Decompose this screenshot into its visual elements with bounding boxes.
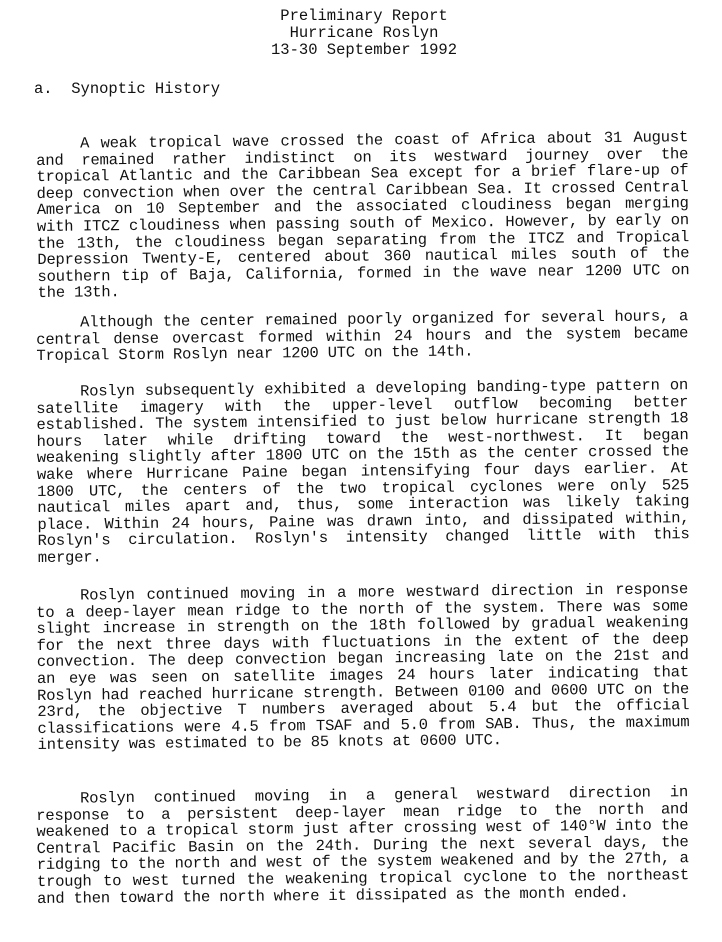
paragraph-paine-interaction: Roslyn subsequently exhibited a developi… [36, 377, 690, 566]
document-page: Preliminary Report Hurricane Roslyn 13-3… [0, 0, 722, 942]
paragraph-tropical-storm: Although the center remained poorly orga… [36, 308, 688, 365]
storm-name: Hurricane Roslyn [6, 25, 722, 42]
section-heading: a. Synoptic History [34, 81, 220, 98]
section-label: a. [34, 80, 53, 98]
paragraph-formation: A weak tropical wave crossed the coast o… [36, 129, 690, 302]
date-range: 13-30 September 1992 [6, 42, 722, 59]
paragraph-dissipation: Roslyn continued moving in a general wes… [36, 784, 689, 907]
section-title: Synoptic History [71, 80, 220, 98]
report-title: Preliminary Report [6, 8, 722, 25]
paragraph-hurricane-strength: Roslyn continued moving in a more westwa… [36, 581, 690, 754]
report-header: Preliminary Report Hurricane Roslyn 13-3… [0, 8, 722, 59]
